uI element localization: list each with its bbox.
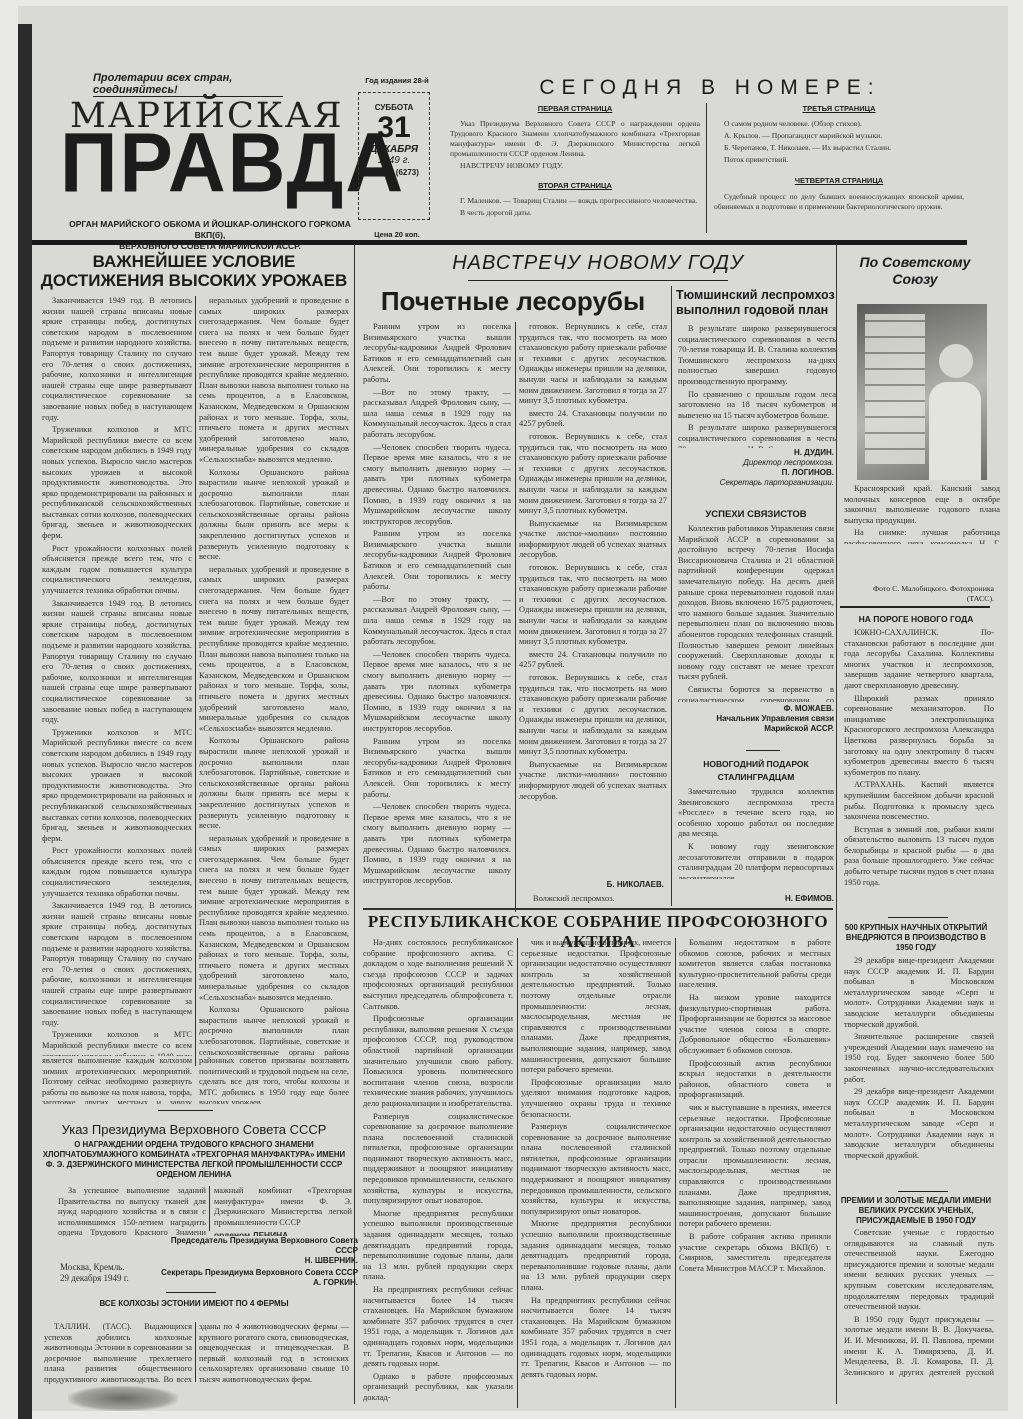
paragraph: На предприятиях республики сейчас насчит… <box>521 1296 671 1381</box>
lumberjacks-col-1: Ранним утром из поселка Визимьярского уч… <box>363 322 511 907</box>
date-box: СУББОТА 31 ДЕКАБРЯ 1949 г. № 256 (6273) <box>358 92 430 220</box>
soviet-union-rubric: По Советскому Союзу <box>840 254 990 288</box>
trade-union-col-1: На-днях состоялось республиканское собра… <box>363 938 513 1408</box>
trade-union-col-3: Большим недостатком в работе обкомов сою… <box>679 938 831 1408</box>
paragraph: 29 декабря вице-президент Академии наук … <box>844 1087 994 1161</box>
decree-date: 29 декабря 1949 г. <box>60 1273 180 1284</box>
organ-line-1: ОРГАН МАРИЙСКОГО ОБКОМА И ЙОШКАР-ОЛИНСКО… <box>60 219 360 241</box>
paragraph: готовок. Вернувшись к себе, стал трудить… <box>519 563 667 648</box>
paragraph: Однако в работе профсоюзных организаций … <box>363 1372 513 1404</box>
paragraph: 29 декабря вице-президент Академии наук … <box>844 956 994 1030</box>
signature-title: Секретарь парторганизации. <box>678 478 834 488</box>
divider <box>898 1191 948 1192</box>
paragraph: чик и выступавшие в прениях, имеется сер… <box>521 938 671 1076</box>
paragraph: На снимке: лучшая работница расфасовочно… <box>844 528 1000 544</box>
lumberjacks-col-2: готовок. Вернувшись к себе, стал трудить… <box>519 322 667 878</box>
paragraph: На-днях состоялось республиканское собра… <box>363 938 513 1012</box>
section-rule <box>836 244 837 1404</box>
contents-page3: О самом родном человеке. (Обзор стихов).… <box>714 119 964 167</box>
paragraph: Труженики колхозов и МТС Марийской респу… <box>42 728 192 845</box>
paragraph: Колхозы Оршанского района вырастили нынч… <box>199 736 349 831</box>
paragraph: В результате широко развернувшегося соци… <box>678 324 836 388</box>
paragraph: ТАЛЛИН. (ТАСС). Выдающихся успехов добил… <box>44 1322 192 1386</box>
year: 1949 г. <box>359 155 429 166</box>
price: Цена 20 коп. <box>358 230 436 239</box>
estonia-col-1: ТАЛЛИН. (ТАСС). Выдающихся успехов добил… <box>44 1322 192 1386</box>
estonia-col-2: зданы по 4 животноводческих фермы — круп… <box>199 1322 349 1386</box>
masthead-title-main: ПРАВДА <box>60 122 405 204</box>
threshold-headline: НА ПОРОГЕ НОВОГО ГОДА <box>840 614 992 624</box>
paragraph: —Вот по этому тракту, — рассказывал Андр… <box>363 388 511 441</box>
contents-page3-head: ТРЕТЬЯ СТРАНИЦА <box>714 104 964 113</box>
paragraph: Выпускаемые на Визимьярском участке лист… <box>519 519 667 561</box>
paragraph: Заканчивается 1949 год. В летопись жизни… <box>42 599 192 726</box>
trade-union-col-2: чик и выступавшие в прениях, имеется сер… <box>521 938 671 1408</box>
paragraph: готовок. Вернувшись к себе, стал трудить… <box>519 432 667 517</box>
paragraph: Большим недостатком в работе обкомов сою… <box>679 938 831 991</box>
tyumsha-signatures: Н. ДУДИН. Директор леспромхоза. П. ЛОГИН… <box>678 448 834 488</box>
signature-name: Н. ДУДИН. <box>678 448 834 458</box>
decree-col-2: мажный комбинат «Трехгорная мануфактура»… <box>214 1186 352 1236</box>
paragraph: В работе собрания актива приняли участие… <box>679 1232 831 1274</box>
month: ДЕКАБРЯ <box>359 144 429 155</box>
decree-col-1: За успешное выполнение заданий Правитель… <box>58 1186 206 1236</box>
newspaper-page: Пролетарии всех стран, соединяйтесь! МАР… <box>18 6 1008 1411</box>
column-rule <box>675 938 676 1408</box>
paragraph: —Человек способен творить чудеса. Первое… <box>363 802 511 887</box>
contents-item: Б. Черепанов, Т. Николаев. — Их вырастил… <box>714 143 964 153</box>
paragraph: Значительное расширение связей учреждени… <box>844 1032 994 1085</box>
paragraph: Колхозы Оршанского района вырастили нынч… <box>199 468 349 563</box>
paragraph: Широкий размах приняло соревнование меха… <box>844 694 994 779</box>
banner-underline <box>468 280 728 281</box>
contents-item: Г. Маленков. — Товарищ Сталин — вождь пр… <box>450 196 700 206</box>
paragraph: —Человек способен творить чудеса. Первое… <box>363 443 511 528</box>
paragraph: Выпускаемые на Визимьярском участке лист… <box>519 760 667 802</box>
photo-credit: Фото С. Малобицкого. Фотохроника (ТАСС). <box>844 584 994 604</box>
estonia-headline: ВСЕ КОЛХОЗЫ ЭСТОНИИ ИМЕЮТ ПО 4 ФЕРМЫ <box>38 1298 350 1309</box>
column-rule <box>515 322 516 912</box>
decree-place-date: Москва, Кремль. 29 декабря 1949 г. <box>60 1262 180 1283</box>
contents-item: В честь дорогой даты. <box>450 208 700 218</box>
contents-item: Указ Президиума Верховного Совета СССР о… <box>450 119 700 159</box>
contents-title: СЕГОДНЯ В НОМЕРЕ: <box>450 76 970 100</box>
tyumsha-body: В результате широко развернувшегося соци… <box>678 324 836 448</box>
masthead-organ: ОРГАН МАРИЙСКОГО ОБКОМА И ЙОШКАР-ОЛИНСКО… <box>60 219 360 252</box>
column-rule <box>671 286 672 906</box>
paragraph: Заканчивается 1949 год. В летопись жизни… <box>42 901 192 1028</box>
lumberjacks-source: Волжский леспромхоз. <box>533 894 673 905</box>
communications-headline: УСПЕХИ СВЯЗИСТОВ <box>678 509 834 520</box>
communications-body: Коллектив работников Управления связи Ма… <box>678 524 834 702</box>
signature-name: Ф. МОЖАЕВ. <box>678 704 834 714</box>
stalingrad-headline: НОВОГОДНИЙ ПОДАРОК СТАЛИНГРАДЦАМ <box>678 758 834 784</box>
paragraph: В результате широко развернувшегося соци… <box>678 423 836 448</box>
divider <box>840 606 990 608</box>
paragraph: Развернув социалистическое соревнование … <box>521 1122 671 1217</box>
editorial-closing-1: является выполнение каждым колхозом зимн… <box>42 1056 192 1104</box>
paragraph: чик и выступавшие в прениях, имеется сер… <box>679 1103 831 1230</box>
stalingrad-signature: Н. ЕФИМОВ. <box>678 894 834 904</box>
paragraph: вместо 24. Стахановцы получили по 4257 р… <box>519 650 667 671</box>
science-headline: 500 КРУПНЫХ НАУЧНЫХ ОТКРЫТИЙ ВНЕДРЯЮТСЯ … <box>840 923 992 953</box>
paragraph: вместо 24. Стахановцы получили по 4257 р… <box>519 409 667 430</box>
contents-page1-head: ПЕРВАЯ СТРАНИЦА <box>450 104 700 113</box>
paragraph: За успешное выполнение заданий Правитель… <box>58 1186 206 1236</box>
editorial-headline: ВАЖНЕЙШЕЕ УСЛОВИЕ ДОСТИЖЕНИЯ ВЫСОКИХ УРО… <box>38 252 350 290</box>
divider <box>746 750 780 751</box>
masthead-rule <box>32 240 967 245</box>
day: 31 <box>359 112 429 144</box>
column-rule <box>195 296 196 1066</box>
scan-stain <box>68 1386 178 1411</box>
paragraph: —Человек способен творить чудеса. Первое… <box>363 650 511 735</box>
contents-item: А. Крылов. — Пропагандист марийской музы… <box>714 131 964 141</box>
communications-signature: Ф. МОЖАЕВ. Начальник Управления связи Ма… <box>678 704 834 734</box>
decree-headline: Указ Президиума Верховного Совета СССР <box>38 1122 350 1137</box>
paragraph: Профсоюзные организации мало уделяют вни… <box>521 1078 671 1120</box>
divider <box>158 1110 213 1111</box>
column-rule <box>517 938 518 1408</box>
paragraph: Советские ученые с гордостью оглядываютс… <box>844 1228 994 1313</box>
paragraph: Профсоюзные организации республики, выпо… <box>363 1014 513 1109</box>
contents-item: О самом родном человеке. (Обзор стихов). <box>714 119 964 129</box>
paragraph: Многие предприятия республики успешно вы… <box>521 1219 671 1293</box>
section-banner: НАВСТРЕЧУ НОВОМУ ГОДУ <box>363 252 833 275</box>
threshold-body: ЮЖНО-САХАЛИНСК. По-стахановски работают … <box>844 628 994 910</box>
paragraph: Ранним утром из поселка Визимьярского уч… <box>363 322 511 386</box>
paragraph: Колхозы Оршанского района вырастили нынч… <box>199 1005 349 1056</box>
science-body: 29 декабря вице-президент Академии наук … <box>844 956 994 1184</box>
divider <box>888 917 948 918</box>
paragraph: Профсоюзный актив республики вскрыл недо… <box>679 1059 831 1101</box>
paragraph: неральных удобрений и проведение в самых… <box>199 565 349 735</box>
issue-number: № 256 (6273) <box>359 168 429 177</box>
paragraph: Красноярский край. Канский завод молочны… <box>844 484 1000 526</box>
paragraph: —Вот по этому тракту, — рассказывал Андр… <box>363 595 511 648</box>
paragraph: Рост урожайности колхозных полей объясня… <box>42 544 192 597</box>
paragraph: районных советов призваны возглавить пол… <box>199 1056 349 1104</box>
year-of-issue: Год издания 28-й <box>358 76 436 85</box>
paragraph: На предприятиях республики сейчас насчит… <box>363 1285 513 1370</box>
tyumsha-headline: Тюмшинский леспромхоз выполнил годовой п… <box>676 288 836 318</box>
paragraph: неральных удобрений и проведение в самых… <box>199 296 349 466</box>
contents-page1: Указ Президиума Верховного Совета СССР о… <box>450 119 700 173</box>
paragraph: Вступая в зимний лов, рыбаки взяли обяза… <box>844 825 994 889</box>
paragraph: ЮЖНО-САХАЛИНСК. По-стахановски работают … <box>844 628 994 692</box>
contents-page4: Судебный процесс по делу бывших военносл… <box>714 192 964 214</box>
contents-page2: Г. Маленков. — Товарищ Сталин — вождь пр… <box>450 196 700 220</box>
paragraph: Труженики колхозов и МТС Марийской респу… <box>42 1030 192 1056</box>
paragraph: мажный комбинат «Трехгорная мануфактура»… <box>214 1186 352 1228</box>
prizes-headline: ПРЕМИИ И ЗОЛОТЫЕ МЕДАЛИ ИМЕНИ ВЕЛИКИХ РУ… <box>840 1196 992 1226</box>
signature-title: Директор леспромхоза. <box>678 458 834 468</box>
section-rule <box>354 244 355 1404</box>
contents-item: Поток приветствий. <box>714 155 964 165</box>
paragraph: Связисты борются за первенство в социали… <box>678 685 834 702</box>
column-rule <box>209 1186 210 1231</box>
lumberjacks-headline: Почетные лесорубы <box>363 286 663 317</box>
photo-caption: Красноярский край. Канский завод молочны… <box>844 484 1000 544</box>
factory-worker-photo <box>857 304 987 480</box>
contents-item: Судебный процесс по делу бывших военносл… <box>714 192 964 212</box>
contents-item: НАВСТРЕЧУ НОВОМУ ГОДУ. <box>450 161 700 171</box>
paragraph: АСТРАХАНЬ. Каспий является крупнейшим ба… <box>844 780 994 822</box>
paragraph: Коллектив работников Управления связи Ма… <box>678 524 834 683</box>
paragraph: готовок. Вернувшись к себе, стал трудить… <box>519 673 667 758</box>
paragraph: является выполнение каждым колхозом зимн… <box>42 1056 192 1104</box>
paragraph: готовок. Вернувшись к себе, стал трудить… <box>519 322 667 407</box>
signature-title: Начальник Управления связи Марийской АСС… <box>678 714 834 734</box>
contents-page4-head: ЧЕТВЕРТАЯ СТРАНИЦА <box>714 176 964 185</box>
paragraph: Развернув социалистическое соревнование … <box>363 1112 513 1207</box>
lumberjacks-signature: Б. НИКОЛАЕВ. <box>519 880 664 890</box>
paragraph: Труженики колхозов и МТС Марийской респу… <box>42 425 192 542</box>
paragraph: По сравнению с прошлым годом леса загото… <box>678 390 836 422</box>
paragraph: Заканчивается 1949 год. В летопись жизни… <box>42 296 192 423</box>
paragraph: На низком уровне находится физкультурно-… <box>679 993 831 1057</box>
stalingrad-body: Замечательно трудился коллектив Звенигов… <box>678 787 834 879</box>
scan-binding-edge <box>18 24 32 1419</box>
paragraph: Рост урожайности колхозных полей объясня… <box>42 846 192 899</box>
paragraph: Многие предприятия республики успешно вы… <box>363 1209 513 1283</box>
column-rule <box>195 1322 196 1382</box>
editorial-col-1: Заканчивается 1949 год. В летопись жизни… <box>42 296 192 1056</box>
paragraph: В 1950 году будут присуждены — золотые м… <box>844 1315 994 1378</box>
paragraph: Ранним утром из поселка Визимьярского уч… <box>363 737 511 801</box>
chair-title: Председатель Президиума Верховного Совет… <box>148 1236 358 1256</box>
editorial-col-2: неральных удобрений и проведение в самых… <box>199 296 349 1056</box>
decree-subhead: О НАГРАЖДЕНИИ ОРДЕНА ТРУДОВОГО КРАСНОГО … <box>38 1140 350 1180</box>
paragraph: зданы по 4 животноводческих фермы — круп… <box>199 1322 349 1386</box>
divider <box>166 1292 216 1293</box>
editorial-closing-2: районных советов призваны возглавить пол… <box>199 1056 349 1104</box>
contents-page2-head: ВТОРАЯ СТРАНИЦА <box>450 181 700 190</box>
prizes-body: Советские ученые с гордостью оглядываютс… <box>844 1228 994 1378</box>
signature-name: П. ЛОГИНОВ. <box>678 468 834 478</box>
slogan: Пролетарии всех стран, соединяйтесь! <box>93 72 283 97</box>
paragraph: К новому году звениговские лесозаготовит… <box>678 842 834 879</box>
paragraph: Ранним утром из поселка Визимьярского уч… <box>363 529 511 593</box>
contents-divider <box>706 103 707 233</box>
decree-place: Москва, Кремль. <box>60 1262 180 1273</box>
paragraph: неральных удобрений и проведение в самых… <box>199 834 349 1004</box>
paragraph: Замечательно трудился коллектив Звенигов… <box>678 787 834 840</box>
